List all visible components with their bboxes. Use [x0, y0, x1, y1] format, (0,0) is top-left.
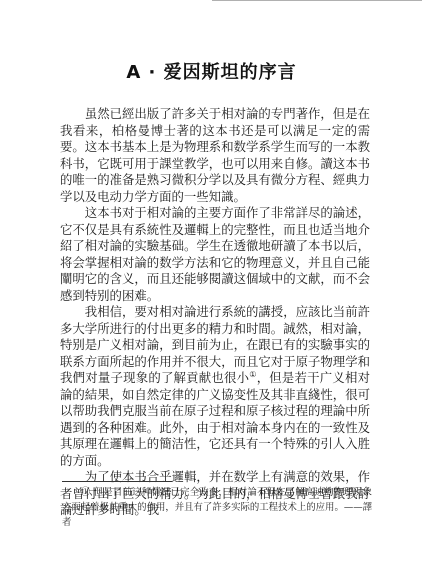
scan-edge-line [212, 0, 422, 1]
paragraph-1: 虽然已經出版了許多关于相对論的专門著作，但是在我看来，柏格曼博士著的这本书还是可… [60, 106, 370, 205]
footnote-divider [62, 481, 172, 482]
footnote-text: ① 但是目前这种情况已完全改变，相对論不但在了解高速的物理現象方面起着极其重大的… [62, 485, 372, 530]
body-text: 虽然已經出版了許多关于相对論的专門著作，但是在我看来，柏格曼博士著的这本书还是可… [60, 106, 370, 519]
paragraph-3: 我相信，要对相对論进行系統的講授，应該比当前許多大学所进行的付出更多的精力和时間… [60, 304, 370, 469]
footnote: ① 但是目前这种情况已完全改变，相对論不但在了解高速的物理現象方面起着极其重大的… [62, 485, 372, 530]
footnote-marker[interactable]: ① [249, 370, 256, 379]
page-title: A · 爱因斯坦的序言 [0, 58, 423, 84]
paragraph-2: 这本书对于相对論的主要方面作了非常詳尽的論述，它不仅是具有系統性及邏輯上的完整性… [60, 205, 370, 304]
